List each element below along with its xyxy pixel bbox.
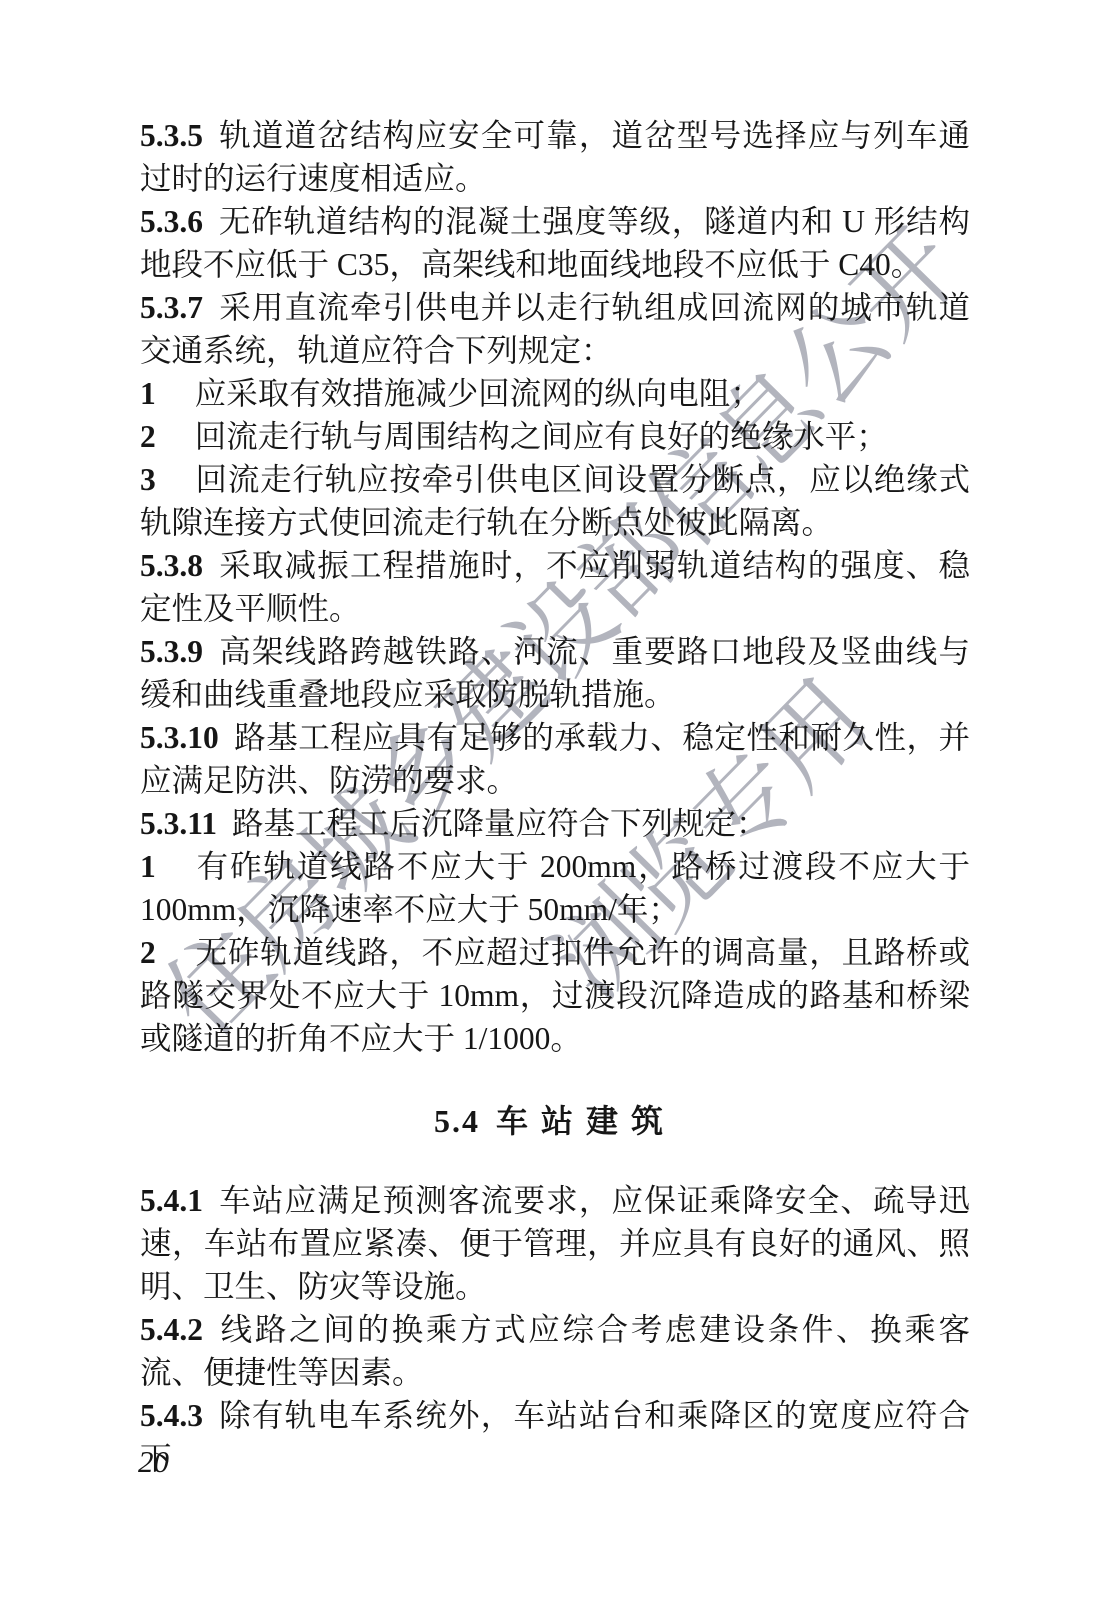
section-heading-title: 车站建筑 [496, 1103, 676, 1139]
clause-text: 路基工程应具有足够的承载力、稳定性和耐久性，并应满足防洪、防涝的要求。 [140, 720, 970, 798]
item-text: 无砟轨道线路，不应超过扣件允许的调高量，且路桥或路隧交界处不应大于 10mm，过… [140, 935, 970, 1056]
item-text: 回流走行轨与周围结构之间应有良好的绝缘水平； [195, 419, 888, 454]
item-number: 3 [140, 462, 156, 497]
item-number: 2 [140, 419, 156, 454]
clause-number: 5.4.2 [140, 1312, 203, 1347]
clause-number: 5.3.10 [140, 720, 219, 755]
clause-5-3-7: 5.3.7采用直流牵引供电并以走行轨组成回流网的城市轨道交通系统，轨道应符合下列… [140, 286, 970, 372]
section-5-4-heading: 5.4车站建筑 [140, 1100, 970, 1143]
clause-5-3-8: 5.3.8采取减振工程措施时，不应削弱轨道结构的强度、稳定性及平顺性。 [140, 544, 970, 630]
clause-5-3-6: 5.3.6无砟轨道结构的混凝土强度等级，隧道内和 U 形结构地段不应低于 C35… [140, 200, 970, 286]
clause-5-3-11-item-2: 2无砟轨道线路，不应超过扣件允许的调高量，且路桥或路隧交界处不应大于 10mm，… [140, 931, 970, 1060]
clause-5-4-1: 5.4.1车站应满足预测客流要求，应保证乘降安全、疏导迅速，车站布置应紧凑、便于… [140, 1179, 970, 1308]
clause-number: 5.3.5 [140, 118, 203, 153]
clause-number: 5.4.1 [140, 1183, 203, 1218]
clause-text: 线路之间的换乘方式应综合考虑建设条件、换乘客流、便捷性等因素。 [140, 1312, 970, 1390]
clause-number: 5.3.11 [140, 806, 217, 841]
clause-text: 车站应满足预测客流要求，应保证乘降安全、疏导迅速，车站布置应紧凑、便于管理，并应… [140, 1183, 970, 1304]
clause-5-4-2: 5.4.2线路之间的换乘方式应综合考虑建设条件、换乘客流、便捷性等因素。 [140, 1308, 970, 1394]
clause-text: 采取减振工程措施时，不应削弱轨道结构的强度、稳定性及平顺性。 [140, 548, 970, 626]
clause-text: 采用直流牵引供电并以走行轨组成回流网的城市轨道交通系统，轨道应符合下列规定： [140, 290, 970, 368]
clause-number: 5.3.6 [140, 204, 203, 239]
clause-number: 5.3.7 [140, 290, 203, 325]
clause-5-3-7-item-3: 3回流走行轨应按牵引供电区间设置分断点，应以绝缘式轨隙连接方式使回流走行轨在分断… [140, 458, 970, 544]
clause-5-3-10: 5.3.10路基工程应具有足够的承载力、稳定性和耐久性，并应满足防洪、防涝的要求… [140, 716, 970, 802]
clause-5-4-3: 5.4.3除有轨电车系统外，车站站台和乘降区的宽度应符合下 [140, 1394, 970, 1480]
item-text: 回流走行轨应按牵引供电区间设置分断点，应以绝缘式轨隙连接方式使回流走行轨在分断点… [140, 462, 970, 540]
clause-text: 轨道道岔结构应安全可靠，道岔型号选择应与列车通过时的运行速度相适应。 [140, 118, 970, 196]
clause-text: 无砟轨道结构的混凝土强度等级，隧道内和 U 形结构地段不应低于 C35，高架线和… [140, 204, 970, 282]
document-page: 住房城乡建设部信息公开 浏览专用 5.3.5轨道道岔结构应安全可靠，道岔型号选择… [0, 0, 1103, 1597]
item-number: 1 [140, 376, 156, 411]
clause-number: 5.3.8 [140, 548, 203, 583]
clause-5-3-11: 5.3.11路基工程工后沉降量应符合下列规定： [140, 802, 970, 845]
clause-5-3-5: 5.3.5轨道道岔结构应安全可靠，道岔型号选择应与列车通过时的运行速度相适应。 [140, 114, 970, 200]
clause-5-3-7-item-2: 2回流走行轨与周围结构之间应有良好的绝缘水平； [140, 415, 970, 458]
section-heading-number: 5.4 [434, 1103, 480, 1139]
clause-5-3-9: 5.3.9高架线路跨越铁路、河流、重要路口地段及竖曲线与缓和曲线重叠地段应采取防… [140, 630, 970, 716]
page-content: 5.3.5轨道道岔结构应安全可靠，道岔型号选择应与列车通过时的运行速度相适应。 … [140, 114, 970, 1480]
clause-5-3-11-item-1: 1有砟轨道线路不应大于 200mm，路桥过渡段不应大于 100mm，沉降速率不应… [140, 845, 970, 931]
item-text: 有砟轨道线路不应大于 200mm，路桥过渡段不应大于 100mm，沉降速率不应大… [140, 849, 970, 927]
item-number: 2 [140, 935, 156, 970]
clause-5-3-7-item-1: 1应采取有效措施减少回流网的纵向电阻； [140, 372, 970, 415]
clause-text: 高架线路跨越铁路、河流、重要路口地段及竖曲线与缓和曲线重叠地段应采取防脱轨措施。 [140, 634, 970, 712]
item-number: 1 [140, 849, 156, 884]
clause-text: 路基工程工后沉降量应符合下列规定： [232, 806, 768, 841]
clause-number: 5.4.3 [140, 1398, 203, 1433]
page-number: 20 [138, 1444, 169, 1480]
item-text: 应采取有效措施减少回流网的纵向电阻； [195, 376, 762, 411]
clause-text: 除有轨电车系统外，车站站台和乘降区的宽度应符合下 [140, 1398, 970, 1476]
clause-number: 5.3.9 [140, 634, 203, 669]
